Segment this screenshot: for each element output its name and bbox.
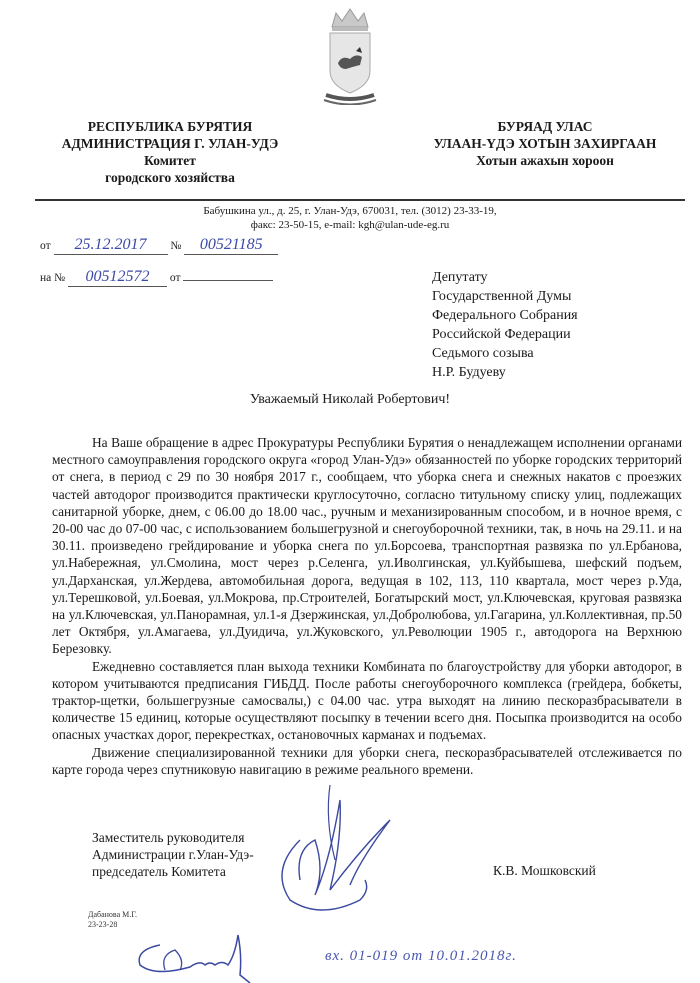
header-left-block: РЕСПУБЛИКА БУРЯТИЯ АДМИНИСТРАЦИЯ Г. УЛАН… bbox=[20, 118, 320, 186]
header-divider bbox=[35, 199, 685, 201]
registration-signature-icon bbox=[130, 925, 270, 983]
in-reply-date bbox=[183, 268, 273, 281]
header-committee-name: городского хозяйства bbox=[20, 169, 320, 186]
contact-address: Бабушкина ул., д. 25, г. Улан-Удэ, 67003… bbox=[140, 204, 560, 232]
executor-name: Дабанова М.Г. bbox=[88, 910, 137, 920]
body-paragraph: Движение специализированной техники для … bbox=[52, 744, 682, 778]
signatory-title-line: председатель Комитета bbox=[92, 863, 254, 880]
header-committee: Комитет bbox=[20, 152, 320, 169]
addressee-name: Н.Р. Будуеву bbox=[432, 363, 578, 382]
greeting: Уважаемый Николай Робертович! bbox=[0, 392, 700, 408]
from-label: от bbox=[40, 240, 51, 252]
body-paragraph: На Ваше обращение в адрес Прокуратуры Ре… bbox=[52, 434, 682, 658]
signatory-title: Заместитель руководителя Администрации г… bbox=[92, 829, 254, 880]
signatory-title-line: Администрации г.Улан-Удэ- bbox=[92, 846, 254, 863]
addressee-line: Депутату bbox=[432, 268, 578, 287]
incoming-reference: на № 00512572 от bbox=[40, 268, 273, 287]
fax-email-line: факс: 23-50-15, e-mail: kgh@ulan-ude-eg.… bbox=[140, 218, 560, 232]
addressee-line: Государственной Думы bbox=[432, 287, 578, 306]
addressee-line: Седьмого созыва bbox=[432, 344, 578, 363]
addressee-block: Депутату Государственной Думы Федерально… bbox=[432, 268, 578, 382]
city-coat-of-arms-icon bbox=[320, 5, 380, 105]
header-republic: РЕСПУБЛИКА БУРЯТИЯ bbox=[20, 118, 320, 135]
number-label: № bbox=[170, 240, 181, 252]
body-paragraph: Ежедневно составляется план выхода техни… bbox=[52, 658, 682, 744]
header-committee-buryat: Хотын ажахын хороон bbox=[400, 152, 690, 169]
handwritten-signature-icon bbox=[270, 780, 410, 925]
outgoing-number: 00521185 bbox=[184, 236, 278, 255]
handwritten-registration-note: вх. 01-019 от 10.01.2018г. bbox=[325, 948, 517, 965]
signatory-title-line: Заместитель руководителя bbox=[92, 829, 254, 846]
addressee-line: Федерального Собрания bbox=[432, 306, 578, 325]
signatory-name: К.В. Мошковский bbox=[493, 863, 596, 879]
address-line: Бабушкина ул., д. 25, г. Улан-Удэ, 67003… bbox=[140, 204, 560, 218]
header-right-block: БУРЯАД УЛАС УЛААН-ҮДЭ ХОТЫН ЗАХИРГААН Хо… bbox=[400, 118, 690, 169]
outgoing-date: 25.12.2017 bbox=[54, 236, 168, 255]
header-administration: АДМИНИСТРАЦИЯ Г. УЛАН-УДЭ bbox=[20, 135, 320, 152]
header-republic-buryat: БУРЯАД УЛАС bbox=[400, 118, 690, 135]
header-administration-buryat: УЛААН-ҮДЭ ХОТЫН ЗАХИРГААН bbox=[400, 135, 690, 152]
in-reply-number: 00512572 bbox=[68, 268, 167, 287]
addressee-line: Российской Федерации bbox=[432, 325, 578, 344]
outgoing-reference: от 25.12.2017 № 00521185 bbox=[40, 236, 278, 255]
letter-body: На Ваше обращение в адрес Прокуратуры Ре… bbox=[52, 434, 682, 778]
in-reply-label: на № bbox=[40, 272, 65, 284]
from-label-2: от bbox=[170, 272, 181, 284]
